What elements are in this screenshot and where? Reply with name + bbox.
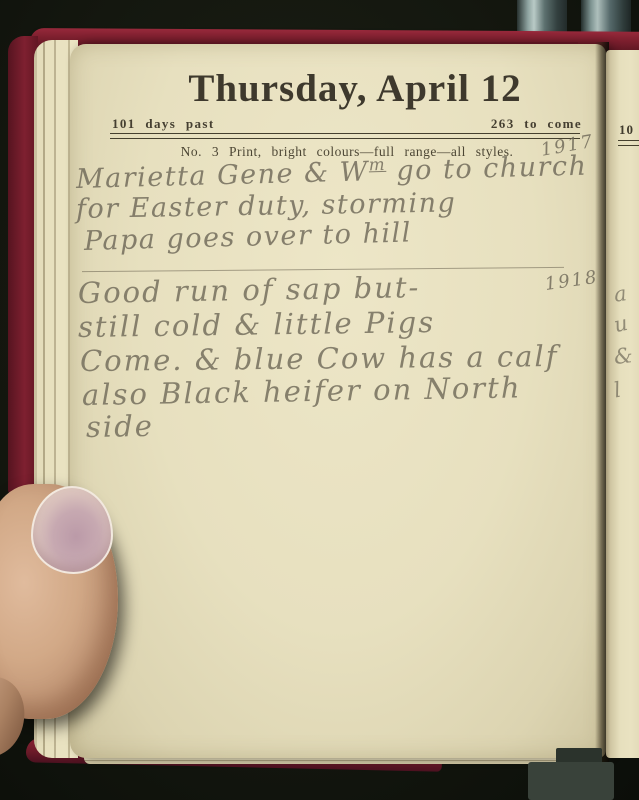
page-title: Thursday, April 12 <box>70 66 606 111</box>
next-page-writing-fragment-3: & <box>613 343 634 369</box>
handwriting-line-1918-2: still cold & little Pigs <box>78 305 436 344</box>
days-to-come-label: 263 to come <box>491 116 582 132</box>
days-past-label: 101 days past <box>112 116 215 132</box>
handwriting-line-1918-1: Good run of sap but- <box>78 270 421 310</box>
next-page-writing-fragment-4: l <box>612 378 623 403</box>
handwriting-line-1918-5: side <box>86 409 154 444</box>
next-page-writing-fragment-2: u <box>612 311 630 337</box>
book-stand <box>528 762 614 800</box>
year-annotation-1918: 1918 <box>544 267 600 295</box>
handwriting-line-1918-4: also Black heifer on North <box>82 370 522 412</box>
photo-backdrop: Thursday, April 12 101 days past 263 to … <box>0 0 639 800</box>
days-counter-row: 101 days past 263 to come <box>112 116 582 132</box>
next-page-rule-fragment <box>618 140 639 146</box>
thumb-nail <box>31 486 113 574</box>
diary-page: Thursday, April 12 101 days past 263 to … <box>70 44 606 758</box>
next-page-sliver: 10 a u & l <box>606 50 639 758</box>
next-page-days-fragment: 10 <box>619 122 634 138</box>
next-page-writing-fragment-1: a <box>612 281 628 307</box>
handwriting-superscript-m: m <box>368 154 386 174</box>
handwriting-line-1917-1-post: go to church <box>386 151 588 187</box>
header-double-rule <box>110 133 580 139</box>
